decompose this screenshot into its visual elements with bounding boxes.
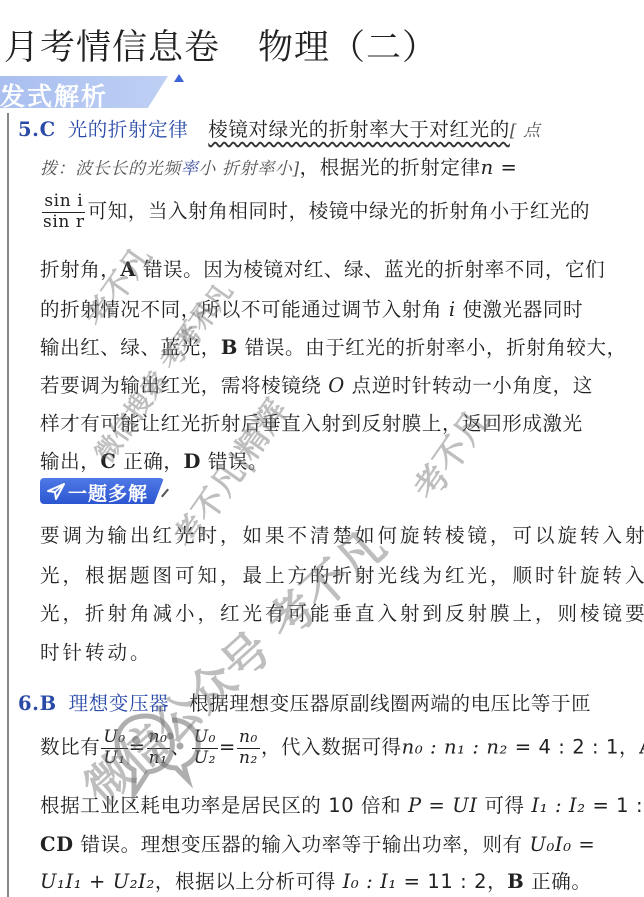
wechat-logo-icon <box>108 706 208 802</box>
q5-key-statement: 棱镜对绿光的折射率大于对红光的 <box>208 118 510 141</box>
alt-line-2: 光，根据题图可知，最上方的折射光线为红光，顺时针旋转入射 <box>40 560 644 588</box>
q5-note-open: [ 点 <box>510 121 541 141</box>
paper-plane-icon <box>46 481 66 501</box>
q5-note: 拨：波长长的光频率小 折射率小] <box>40 159 300 179</box>
alt-solution-label: 一题多解 <box>68 479 148 506</box>
q5-line-9: 输出，C 正确，D 错误。 <box>40 446 268 474</box>
q5-line-7: 若要调为输出红光，需将棱镜绕 O 点逆时针转动一小角度，这 <box>40 370 593 398</box>
alt-line-1: 要调为输出红光时，如果不清楚如何旋转棱镜，可以旋转入射 <box>40 520 644 548</box>
exam-title: 月考情信息卷 <box>4 28 220 68</box>
q6-answer: 6.B <box>18 692 57 715</box>
q5-line-5: 的折射情况不同，所以不可能通过调节入射角 i 使激光器同时 <box>40 294 583 322</box>
triangle-icon <box>174 74 184 82</box>
left-margin-rule <box>7 113 9 897</box>
snell-fraction: sin isin r <box>41 192 87 232</box>
fraction-n0-n2: n₀n₂ <box>237 728 260 768</box>
q6-line-5: U₁I₁ + U₂I₂，根据以上分析可得 I₀ : I₁ = 11 : 2，B … <box>40 866 591 894</box>
section-banner-label: 发式解析 <box>0 77 108 113</box>
page-title: 月考情信息卷物理（二） <box>4 20 438 70</box>
exam-subject: 物理（二） <box>258 28 438 68</box>
badge-slash-decoration <box>161 489 169 498</box>
alt-line-3: 光，折射角减小，红光有可能垂直入射到反射膜上，则棱镜要逆 <box>40 598 644 626</box>
q5-answer: 5.C <box>18 118 56 141</box>
q5-topic: 光的折射定律 <box>68 118 189 141</box>
q6-line-4: CD 错误。理想变压器的输入功率等于输出功率，则有 U₀I₀ = <box>40 829 595 857</box>
alt-line-4: 时针转动。 <box>40 637 153 665</box>
q6-line-1: 6.B理想变压器根据理想变压器原副线圈两端的电压比等于匝 <box>18 688 591 716</box>
alt-solution-badge: 一题多解 <box>40 478 164 504</box>
q5-line-6: 输出红、绿、蓝光，B 错误。由于红光的折射率小，折射角较大， <box>40 332 627 360</box>
q5-line-8: 样才有可能让红光折射后垂直入射到反射膜上，返回形成激光 <box>40 408 583 436</box>
q5-line-4: 折射角，A 错误。因为棱镜对红、绿、蓝光的折射率不同，它们 <box>40 254 605 282</box>
q5-line-3: sin isin r可知，当入射角相同时，棱镜中绿光的折射角小于红光的 <box>40 192 590 232</box>
q5-line-2: 拨：波长长的光频率小 折射率小]，根据光的折射定律n = <box>40 152 518 180</box>
q5-line-1: 5.C光的折射定律棱镜对绿光的折射率大于对红光的[ 点 <box>18 114 541 142</box>
section-banner: 发式解析 <box>0 76 168 108</box>
